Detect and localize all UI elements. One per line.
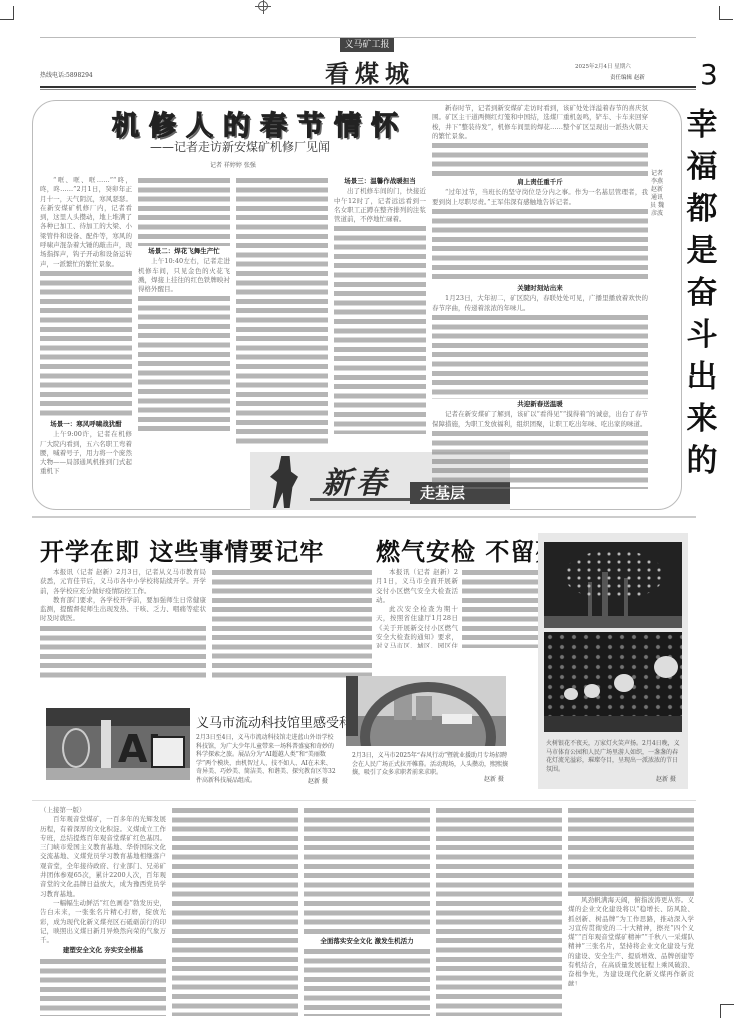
masthead-bottom-rule [40, 86, 696, 88]
school-dateline: 本报讯（记者 赵新）2月3日，记者从义马市教育局获悉，元宵佳节后，义马市各中小学… [40, 568, 206, 596]
body-text-filler [236, 176, 328, 446]
continued-column-4 [436, 806, 562, 1016]
continued-column-3: 全面落实安全文化 激发生机活力 [304, 806, 430, 1016]
gas-dateline: 本报讯（记者 赵新）2月1日，义马市全面开展新交付小区燃气安全大检查活动。 [376, 568, 458, 605]
school-column-1: 本报讯（记者 赵新）2月3日，记者从义马市教育局获悉，元宵佳节后，义马市各中小学… [40, 568, 206, 678]
feature-column-4: 场景三：温馨作战暖担当 出了机修车间的门，快接近中午12时了，记者远远看到一名女… [334, 176, 426, 446]
side-section-heading: 关键时刻站出来 [432, 284, 648, 293]
body-text-filler [334, 224, 426, 434]
side-feature-intro: 新春时节，记者到新安煤矿走访时看到，该矿处处洋溢着春节的喜庆氛围。矿区主干道两侧… [432, 104, 648, 141]
body-text-filler [40, 624, 206, 678]
body-text-filler [432, 141, 648, 177]
body-text-filler [432, 207, 648, 283]
school-body: 教育部门要求，各学校开学前，要加强师生日常健康监测，提醒督促师生出现发热、干咳、… [40, 596, 206, 624]
body-text-filler [432, 429, 648, 489]
body-text-filler [172, 806, 298, 1016]
side-section-text: 1月23日，大年初二，矿区院内，春联处处可见，广播里播放着欢快的春节序曲，传递着… [432, 294, 648, 313]
body-text-filler [212, 568, 372, 678]
science-museum-credit: 赵新 摄 [308, 776, 328, 785]
continued-column-2 [172, 806, 298, 1016]
continued-column-1: （上接第一版） 百年观音堂煤矿，一百多年的光辉发展历程，有着深厚的文化积淀。义煤… [40, 806, 166, 1016]
crop-mark-bottom-right [720, 1004, 734, 1018]
photographer-silhouette-icon [270, 456, 298, 508]
responsible-editor: 责任编辑 赵新 [610, 73, 645, 81]
registration-mark-icon [258, 1, 268, 11]
continued-subheading-1: 建塑安全文化 夯实安全根基 [40, 946, 166, 955]
lantern-trees-photo [544, 542, 682, 628]
body-text-filler [304, 806, 430, 936]
side-section-heading: 肩上责任重千斤 [432, 178, 648, 187]
gas-column-1: 本报讯（记者 赵新）2月1日，义马市全面开展新交付小区燃气安全大检查活动。 此次… [376, 568, 458, 648]
banner-underline [310, 498, 410, 501]
science-museum-photo: AI [46, 708, 190, 780]
side-section-text: “过年过节，当班长的坚守岗位是分内之事。作为一名基层管理者，我要到岗上尽职尽责。… [432, 188, 648, 207]
side-feature-vertical-title: 幸福都是奋斗出来的 [683, 104, 721, 482]
section-heading: 场景二：焊花飞舞生产忙 [138, 247, 230, 256]
body-text-filler [568, 806, 694, 896]
section-text: 出了机修车间的门，快接近中午12时了，记者远远看到一名女职工正蹲在整齐排列的注浆… [334, 187, 426, 224]
crop-mark-top-left [0, 6, 14, 20]
continued-paragraph-1: 百年观音堂煤矿，一百多年的光辉发展历程，有着深厚的文化积淀。义煤成立工作专班，总… [40, 815, 166, 899]
feature-byline: 记者 祥婷婷 张强 [210, 160, 256, 169]
banner-left-text: 新春 [322, 458, 390, 502]
school-headline: 开学在即 这些事情要记牢 [40, 532, 324, 567]
body-text-filler [462, 568, 542, 648]
feature-column-2: 场景二：焊花飞舞生产忙 上午10:40左右，记者走进机修车间，只见金色的火花飞溅… [138, 176, 230, 446]
page-number: 3 [700, 58, 718, 91]
feature-lead: “哐、哐、哐……”“咚，咚，咚……”2月1日，癸卯年正月十一，天气阴沉，寒风瑟瑟… [40, 176, 132, 269]
feature-column-1: “哐、哐、哐……”“咚，咚，咚……”2月1日，癸卯年正月十一，天气阴沉，寒风瑟瑟… [40, 176, 132, 506]
crop-mark-top-right [719, 6, 733, 20]
body-text-filler [304, 947, 430, 1016]
job-fair-credit: 赵新 摄 [484, 774, 504, 783]
side-section-text: 记者在新安煤矿了解到，该矿以“看得见”“摸得着”的诚意，出台了春节保障措施，为职… [432, 410, 648, 429]
lantern-credit: 赵新 摄 [656, 774, 676, 783]
feature-subtitle: ——记者走访新安煤矿机修厂见闻 [150, 138, 330, 155]
gas-column-2 [462, 568, 542, 648]
body-text-filler [40, 269, 132, 419]
body-text-filler [436, 806, 562, 1016]
section-divider-lower [32, 800, 696, 801]
issue-date: 2025年2月4日 星期六 [575, 62, 631, 70]
side-section-heading: 共迎新春送温暖 [432, 400, 648, 409]
section-heading: 场景一：寒风呼啸战犹酣 [40, 420, 132, 429]
continued-closing: 风劲帆满海天阔，俯指波涛更从容。义煤的企业文化建设将以“稳增长、防风险、抓创新、… [568, 896, 694, 986]
masthead-bottom-rule-thin [40, 89, 696, 90]
job-fair-arch-photo [346, 676, 506, 746]
section-divider [32, 516, 696, 518]
gas-body: 此次安全检查为期十天，按照省住建厅1月28日《关于开展新交付小区燃气安全大检查的… [376, 605, 458, 648]
school-column-2 [212, 568, 372, 678]
lantern-caption: 火树银花不夜天，万家灯火笑声扬。2月4日晚，义马市体育公园和人民广场里游人如织，… [546, 740, 682, 774]
continued-column-5: 风劲帆满海天阔，俯指波涛更从容。义煤的企业文化建设将以“稳增长、防风险、抓创新、… [568, 806, 694, 986]
section-text: 上午10:40左右，记者走进机修车间，只见金色的火花飞溅，焊接上挂往的红色铁牌映… [138, 257, 230, 294]
continued-from: （上接第一版） [40, 806, 166, 815]
hotline: 热线电话:5898294 [40, 70, 93, 79]
continued-subheading-2: 全面落实安全文化 激发生机活力 [304, 937, 430, 946]
feature-column-3 [236, 176, 328, 446]
side-feature-byline: 记者 李燕 赵新 通讯员 魏彦波 [650, 170, 664, 218]
body-text-filler [138, 294, 230, 434]
continued-paragraph-2: 一幅幅生动鲜活“红色画卷”勃发历史，告白未来，一张张名片精心打磨，绽放光彩，成为… [40, 899, 166, 945]
body-text-filler [40, 957, 166, 1016]
paper-name-badge: 义马矿工报 [340, 38, 394, 52]
body-text-filler [138, 176, 230, 246]
section-title: 看煤城 [320, 54, 420, 89]
body-text-filler [432, 313, 648, 399]
side-feature-body: 新春时节，记者到新安煤矿走访时看到，该矿处处洋溢着春节的喜庆氛围。矿区主干道两侧… [432, 104, 648, 504]
lantern-night-photo [544, 632, 682, 732]
section-text: 上午9:00许，记者在机修厂大院内看到，五六名职工弯着腰，喊着号子，用力将一个庞… [40, 430, 132, 476]
section-heading: 场景三：温馨作战暖担当 [334, 177, 426, 186]
